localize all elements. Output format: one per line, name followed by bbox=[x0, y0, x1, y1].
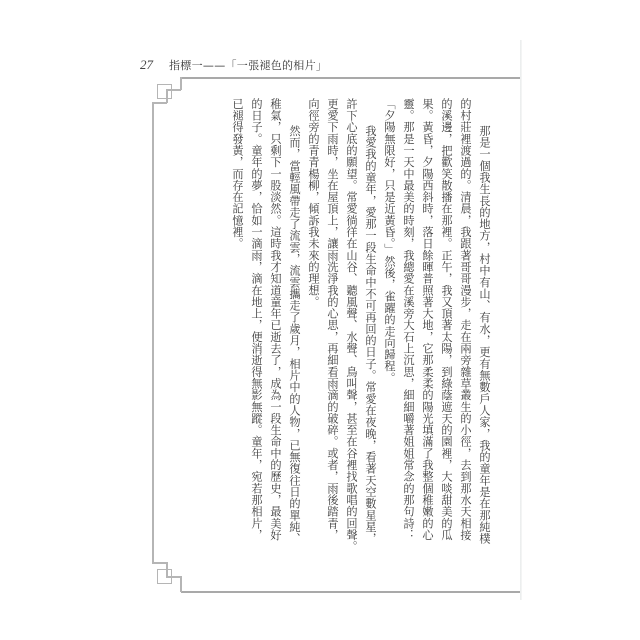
page-edge bbox=[520, 40, 522, 600]
text-column: 稚氣，只剩下一股淡然。這時我才知道童年已逝去了，成為一段生命中的歷史，最美好 bbox=[266, 98, 285, 541]
text-column: 「夕陽無限好，只是近黃昏。」然後，雀躍的走向歸程。 bbox=[380, 98, 399, 384]
frame-line bbox=[166, 576, 181, 578]
bottom-rule bbox=[181, 591, 520, 593]
body-text: 那是一個我生長的地方，村中有山、有水，更有無數戶人家，我的童年是在那純樸 的村莊… bbox=[232, 88, 504, 576]
text-column: 的日子。童年的夢，恰如一滴雨，滴在地上，便消逝得無影無蹤。童年，宛若那相片， bbox=[247, 98, 266, 541]
book-page: 27 指標一——「一張褪色的相片」 那是一個我生長的地方，村中有山、有水，更有無… bbox=[0, 0, 640, 640]
frame-line bbox=[152, 102, 167, 104]
page-number: 27 bbox=[140, 57, 153, 73]
text-column: 已褪得發黃，而存在記憶裡。 bbox=[228, 98, 247, 249]
text-column: 的溪邊，把歡笑散播在那裡。正午，我又頂著太陽，到綠蔭遮天的園裡，大啖甜美的瓜 bbox=[437, 98, 456, 541]
text-column: 我愛我的童年，愛那一段生命中不可再回的日子。常愛在夜晚，看著天空數星星， bbox=[361, 125, 380, 544]
text-column: 許下心底的願望。常愛徜徉在山谷、聽風聲、水聲、鳥叫聲，甚至在谷裡找歌唱的回聲。 bbox=[342, 98, 361, 552]
text-column: 向徑旁的青青楊柳，傾訴我未來的理想。 bbox=[304, 98, 323, 308]
frame-square bbox=[157, 84, 172, 99]
text-column: 果。黃昏，夕陽西斜時，落日餘暉普照著大地，它那柔柔的陽光填滿了我整個稚嫩的心 bbox=[418, 98, 437, 541]
frame-line bbox=[152, 102, 154, 161]
text-column: 的村莊裡渡過的。清晨，我跟著哥哥漫步，走在兩旁雜草叢生的小徑，去到那水天相接 bbox=[456, 98, 475, 541]
frame-line bbox=[180, 576, 182, 592]
running-header: 27 指標一——「一張褪色的相片」 bbox=[140, 57, 327, 73]
frame-line bbox=[152, 562, 167, 564]
left-frame-line bbox=[152, 160, 154, 563]
text-column: 那是一個我生長的地方，村中有山、有水，更有無數戶人家，我的童年是在那純樸 bbox=[475, 125, 494, 544]
top-rule bbox=[181, 77, 520, 79]
text-column: 然而，當輕風帶走了流雲，流雲攜走了歲月，相片中的人物，已無復往日的單純、 bbox=[285, 125, 304, 544]
text-column: 靈。那是一天中最美的時刻，我總愛在溪旁大石上沉思，細細嚼著姐姐常念的那句詩： bbox=[399, 98, 418, 541]
text-column: 更愛下雨時，坐在屋頂上，讓雨洗淨我的心思，再細看雨滴的破碎。或者，雨後踏青， bbox=[323, 98, 342, 541]
running-title: 指標一——「一張褪色的相片」 bbox=[169, 57, 327, 73]
